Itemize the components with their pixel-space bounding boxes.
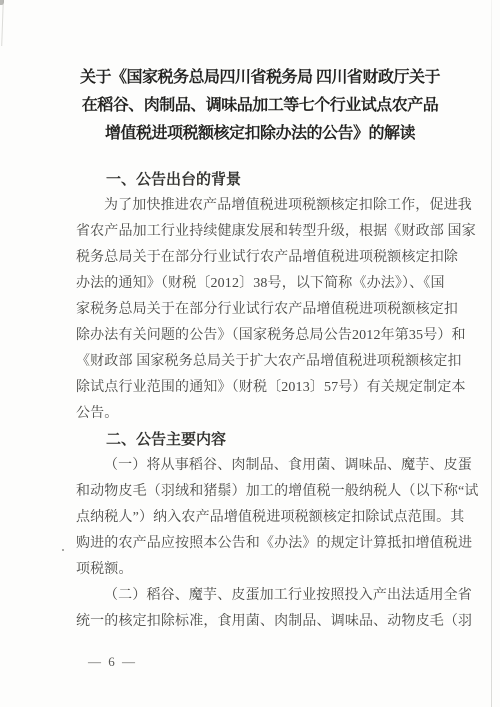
body-line: 为了加快推进农产品增值税进项税额核定扣除工作，促进我 [76,193,444,219]
scan-speck-mid [62,549,64,551]
body-line: 省农产品加工行业持续健康发展和转型升级，根据《财政部 国家 [76,219,444,245]
paragraph-3: （二）稻谷、魔芋、皮蛋加工行业按照投入产出法适用全省 统一的核定扣除标准，食用菌… [76,583,444,635]
paragraph-1: 为了加快推进农产品增值税进项税额核定扣除工作，促进我 省农产品加工行业持续健康发… [76,193,444,427]
document-content: 关于《国家税务总局四川省税务局 四川省财政厅关于 在稻谷、肉制品、调味品加工等七… [76,0,444,635]
body-line: 税务总局关于在部分行业试行农产品增值税进项税额核定扣除 [76,245,444,271]
body-line: 点纳税人”）纳入农产品增值税进项税额核定扣除试点范围。其 [76,505,444,531]
section-heading-2: 二、公告主要内容 [76,427,444,453]
body-line: 除办法有关问题的公告》（国家税务总局公告2012年第35号）和 [76,323,444,349]
body-line: 除试点行业范围的通知》（财税〔2013〕57号）有关规定制定本 [76,375,444,401]
body-line: 《财政部 国家税务总局关于扩大农产品增值税进项税额核定扣 [76,349,444,375]
body-line: 公告。 [76,401,444,427]
document-title: 关于《国家税务总局四川省税务局 四川省财政厅关于 在稻谷、肉制品、调味品加工等七… [76,64,444,148]
document-title-line: 增值税进项税额核定扣除办法的公告》的解读 [76,120,444,148]
document-title-line: 关于《国家税务总局四川省税务局 四川省财政厅关于 [76,64,444,92]
body-line: （一）将从事稻谷、肉制品、食用菌、调味品、魔芋、皮蛋 [76,453,444,479]
body-line: 办法的通知》（财税〔2012〕38号，以下简称《办法》）、《国 [76,271,444,297]
body-line: 统一的核定扣除标准，食用菌、肉制品、调味品、动物皮毛（羽 [76,609,444,635]
scanned-document-page: 关于《国家税务总局四川省税务局 四川省财政厅关于 在稻谷、肉制品、调味品加工等七… [0,0,500,707]
body-line: 购进的农产品应按照本公告和《办法》的规定计算抵扣增值税进 [76,531,444,557]
scan-edge-artifact-right [491,0,492,707]
section-heading-1: 一、公告出台的背景 [76,167,444,193]
document-title-line: 在稻谷、肉制品、调味品加工等七个行业试点农产品 [76,92,444,120]
body-line: 家税务总局关于在部分行业试行农产品增值税进项税额核定扣 [76,297,444,323]
page-number: — 6 — [88,654,137,670]
paragraph-2: （一）将从事稻谷、肉制品、食用菌、调味品、魔芋、皮蛋 和动物皮毛（羽绒和猪鬃）加… [76,453,444,583]
body-line: （二）稻谷、魔芋、皮蛋加工行业按照投入产出法适用全省 [76,583,444,609]
body-line: 和动物皮毛（羽绒和猪鬃）加工的增值税一般纳税人（以下称“试 [76,479,444,505]
scan-edge-artifact-top-left [1,0,4,46]
body-line: 项税额。 [76,557,444,583]
